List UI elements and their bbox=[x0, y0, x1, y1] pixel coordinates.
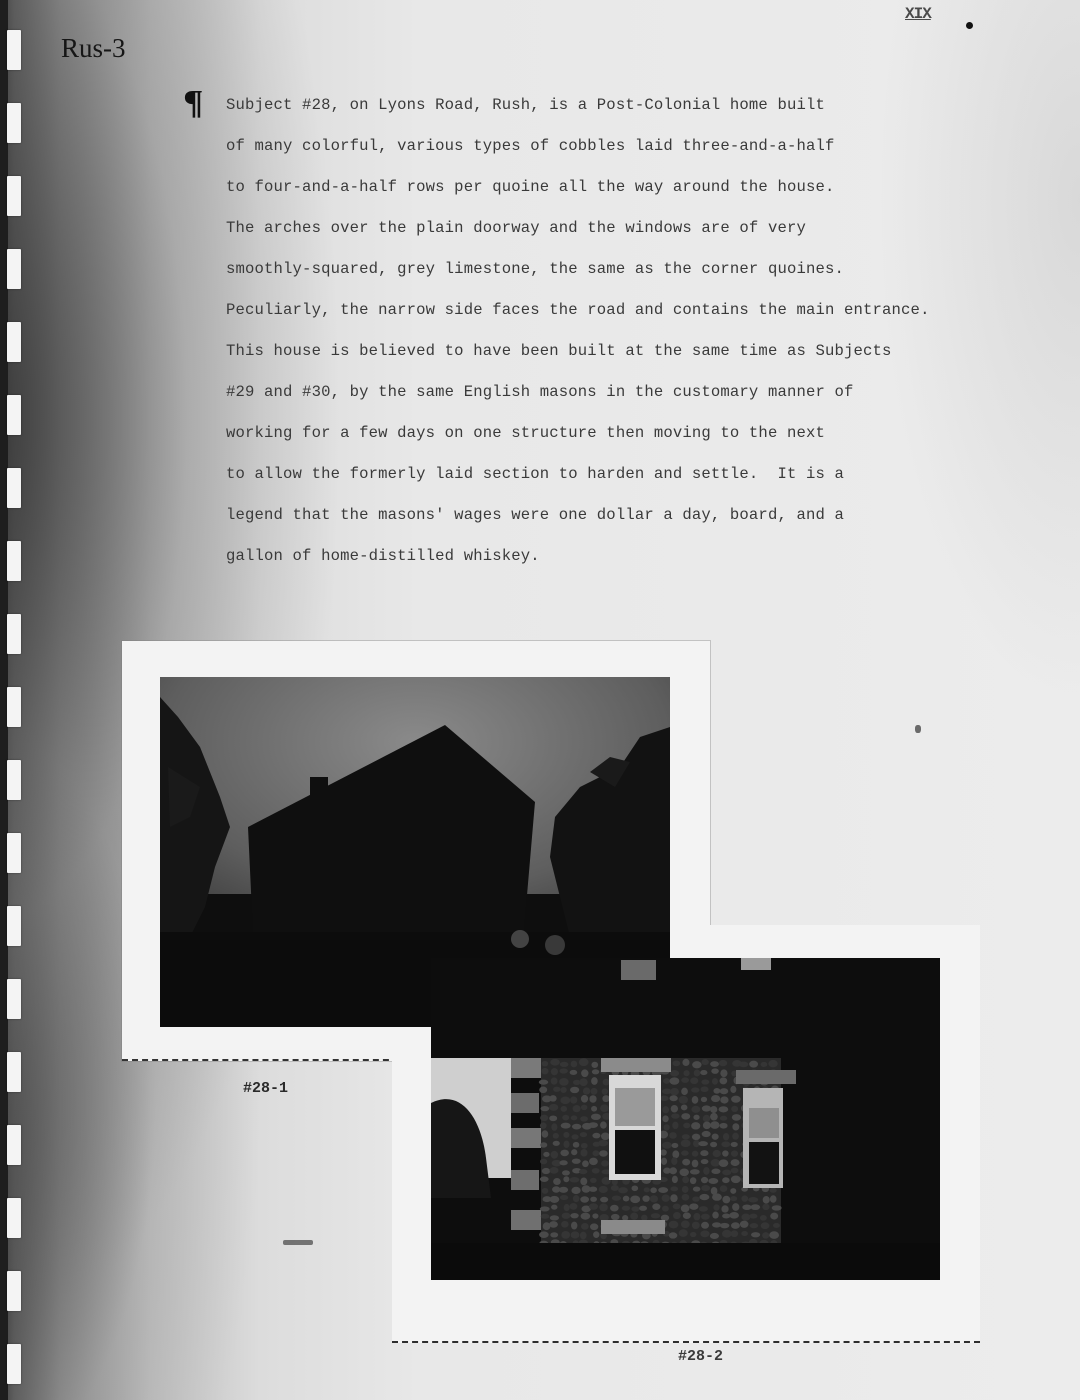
paragraph-mark: ¶ bbox=[183, 84, 203, 122]
binding-hole bbox=[7, 979, 21, 1019]
binding-hole bbox=[7, 1125, 21, 1165]
page-label: Rus-3 bbox=[61, 33, 126, 64]
binding-hole bbox=[7, 395, 21, 435]
ink-speck bbox=[915, 725, 921, 733]
binding-hole bbox=[7, 322, 21, 362]
binding-hole bbox=[7, 176, 21, 216]
binding-hole bbox=[7, 906, 21, 946]
text-line: working for a few days on one structure … bbox=[226, 416, 1046, 457]
binding-hole bbox=[7, 760, 21, 800]
photo-cobblestone-wall bbox=[431, 958, 940, 1280]
binding-hole bbox=[7, 103, 21, 143]
photo-caption-2: #28-2 bbox=[678, 1348, 723, 1365]
typewritten-body: Subject #28, on Lyons Road, Rush, is a P… bbox=[226, 88, 1046, 580]
photo-caption-1: #28-1 bbox=[243, 1080, 288, 1097]
binding-hole bbox=[7, 687, 21, 727]
text-line: #29 and #30, by the same English masons … bbox=[226, 375, 1046, 416]
spiral-binding-holes bbox=[0, 0, 30, 1400]
binding-hole bbox=[7, 1198, 21, 1238]
text-line: smoothly-squared, grey limestone, the sa… bbox=[226, 252, 1046, 293]
text-line: of many colorful, various types of cobbl… bbox=[226, 129, 1046, 170]
binding-hole bbox=[7, 1344, 21, 1384]
text-line: gallon of home-distilled whiskey. bbox=[226, 539, 1046, 580]
text-line: to allow the formerly laid section to ha… bbox=[226, 457, 1046, 498]
binding-hole bbox=[7, 614, 21, 654]
corner-dot bbox=[966, 22, 973, 29]
binding-hole bbox=[7, 1271, 21, 1311]
binding-hole bbox=[7, 833, 21, 873]
binding-hole bbox=[7, 249, 21, 289]
binding-hole bbox=[7, 541, 21, 581]
text-line: The arches over the plain doorway and th… bbox=[226, 211, 1046, 252]
binding-hole bbox=[7, 468, 21, 508]
binding-hole bbox=[7, 1052, 21, 1092]
text-line: legend that the masons' wages were one d… bbox=[226, 498, 1046, 539]
ink-smudge bbox=[283, 1240, 313, 1245]
text-line: Subject #28, on Lyons Road, Rush, is a P… bbox=[226, 88, 1046, 129]
corner-page-mark: XIX bbox=[905, 5, 931, 23]
text-line: This house is believed to have been buil… bbox=[226, 334, 1046, 375]
binding-hole bbox=[7, 30, 21, 70]
cobblestone-wall-graphic bbox=[431, 958, 940, 1280]
text-line: to four-and-a-half rows per quoine all t… bbox=[226, 170, 1046, 211]
text-line: Peculiarly, the narrow side faces the ro… bbox=[226, 293, 1046, 334]
